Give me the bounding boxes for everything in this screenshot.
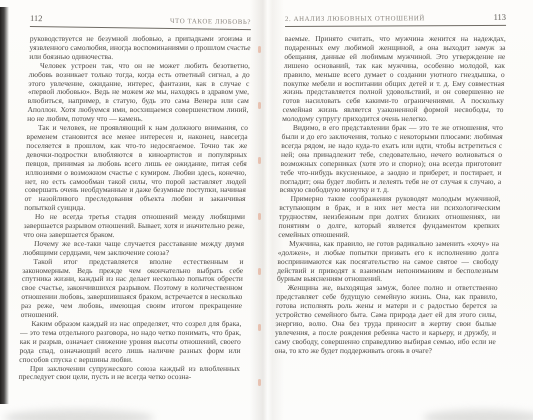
paragraph: Такой итог представляется вполне естеств… xyxy=(21,258,244,320)
running-header-right: 2. АНАЛИЗ ЛЮБОВНЫХ ОТНОШЕНИЙ xyxy=(285,15,425,23)
paragraph: Мужчина, как правило, не готов радикальн… xyxy=(277,240,499,285)
paragraph: ваемые. Принято считать, что мужчина жен… xyxy=(282,35,506,124)
paragraph: Почему же все-таки чаще случается расста… xyxy=(23,240,245,258)
photo-left-edge xyxy=(0,7,9,404)
bottom-right-page-edge-shadow xyxy=(423,410,533,420)
paragraph: Видимо, в его представлении брак — это т… xyxy=(280,124,503,195)
left-page-header: 112 ЧТО ТАКОЕ ЛЮБОВЬ? xyxy=(30,13,251,30)
right-page: 2. АНАЛИЗ ЛЮБОВНЫХ ОТНОШЕНИЙ 113 ваемые.… xyxy=(266,0,533,420)
paragraph: Каким образом каждый из нас определяет, … xyxy=(19,320,241,365)
book-spread-photo: 112 ЧТО ТАКОЕ ЛЮБОВЬ? руководствуется не… xyxy=(0,0,533,420)
left-page-body: руководствуется не безумной любовью, а п… xyxy=(18,35,251,382)
page-number-left: 112 xyxy=(30,13,43,23)
book-spread: 112 ЧТО ТАКОЕ ЛЮБОВЬ? руководствуется не… xyxy=(0,0,533,420)
paragraph: Но не всегда третья стадия отношений меж… xyxy=(23,213,245,240)
left-page: 112 ЧТО ТАКОЕ ЛЮБОВЬ? руководствуется не… xyxy=(0,0,266,420)
paragraph: При заключении супружеского союза каждый… xyxy=(18,365,240,383)
right-page-header: 2. АНАЛИЗ ЛЮБОВНЫХ ОТНОШЕНИЙ 113 xyxy=(285,12,506,27)
paragraph: Так и человек, не проявляющий к нам долж… xyxy=(24,124,248,213)
page-number-right: 113 xyxy=(494,12,506,22)
running-header-left: ЧТО ТАКОЕ ЛЮБОВЬ? xyxy=(170,18,251,26)
right-page-body: ваемые. Принято считать, что мужчина жен… xyxy=(274,35,506,356)
paragraph: Женщина же, выходящая замуж, более полно… xyxy=(274,284,497,355)
header-rule-right xyxy=(285,25,506,27)
paragraph: Человек устроен так, что он не может люб… xyxy=(27,62,250,124)
bottom-left-page-edge-shadow xyxy=(4,410,154,420)
paragraph: руководствуется не безумной любовью, а п… xyxy=(29,35,251,62)
header-rule-left xyxy=(30,26,251,30)
paragraph: Примерно такие соображения руководят мол… xyxy=(278,195,500,240)
